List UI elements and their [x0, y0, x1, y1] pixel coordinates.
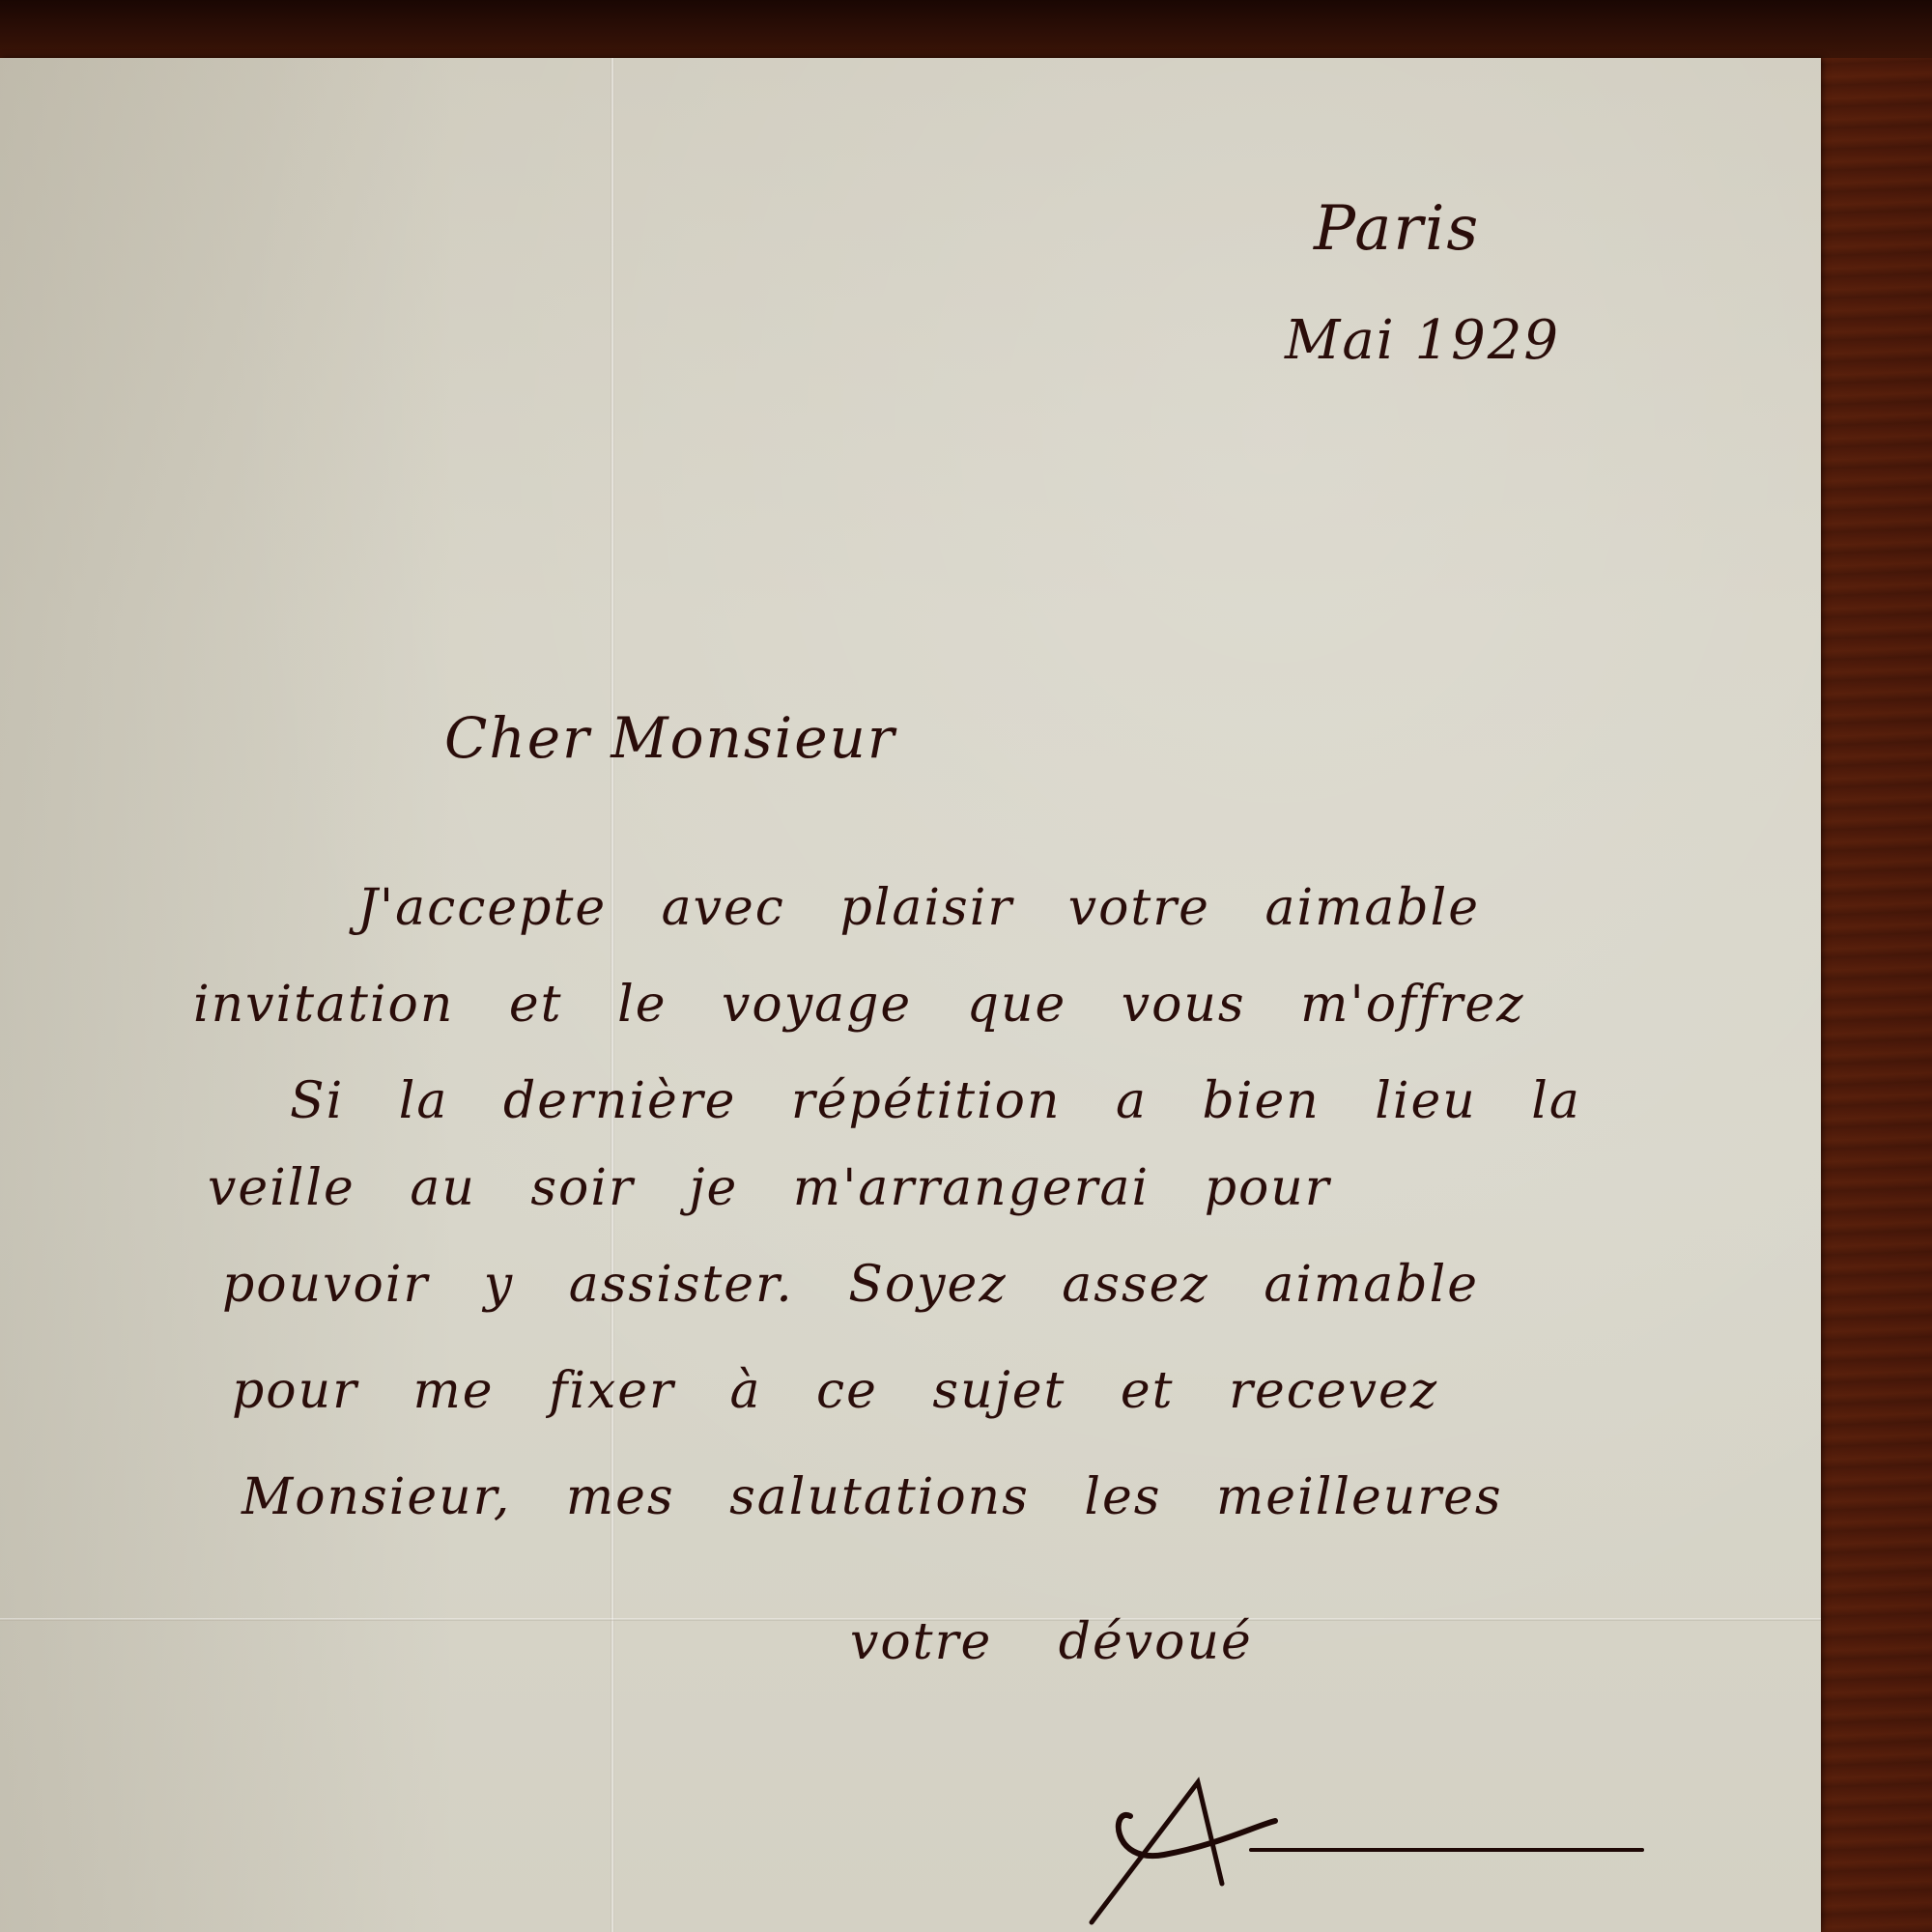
signature: A Honegger	[1072, 1758, 1652, 1932]
letter-body-line: invitation et le voyage que vous m'offre…	[193, 976, 1525, 1034]
wooden-table-edge	[0, 0, 1932, 58]
letter-closing: votre dévoué	[850, 1613, 1253, 1671]
letter-body-line: J'accepte avec plaisir votre aimable	[357, 879, 1480, 937]
letter-body-line: Monsieur, mes salutations les meilleures	[241, 1468, 1503, 1526]
letter-salutation: Cher Monsieur	[444, 705, 896, 771]
letter-body-line: Si la dernière répétition a bien lieu la	[290, 1072, 1581, 1130]
letter-body-line: pour me fixer à ce sujet et recevez	[232, 1362, 1438, 1420]
letter-body-line: veille au soir je m'arrangerai pour	[208, 1159, 1331, 1217]
letter-place: Paris	[1314, 193, 1480, 265]
letter-body-line: pouvoir y assister. Soyez assez aimable	[222, 1256, 1479, 1314]
letter-date: Mai 1929	[1285, 309, 1560, 372]
